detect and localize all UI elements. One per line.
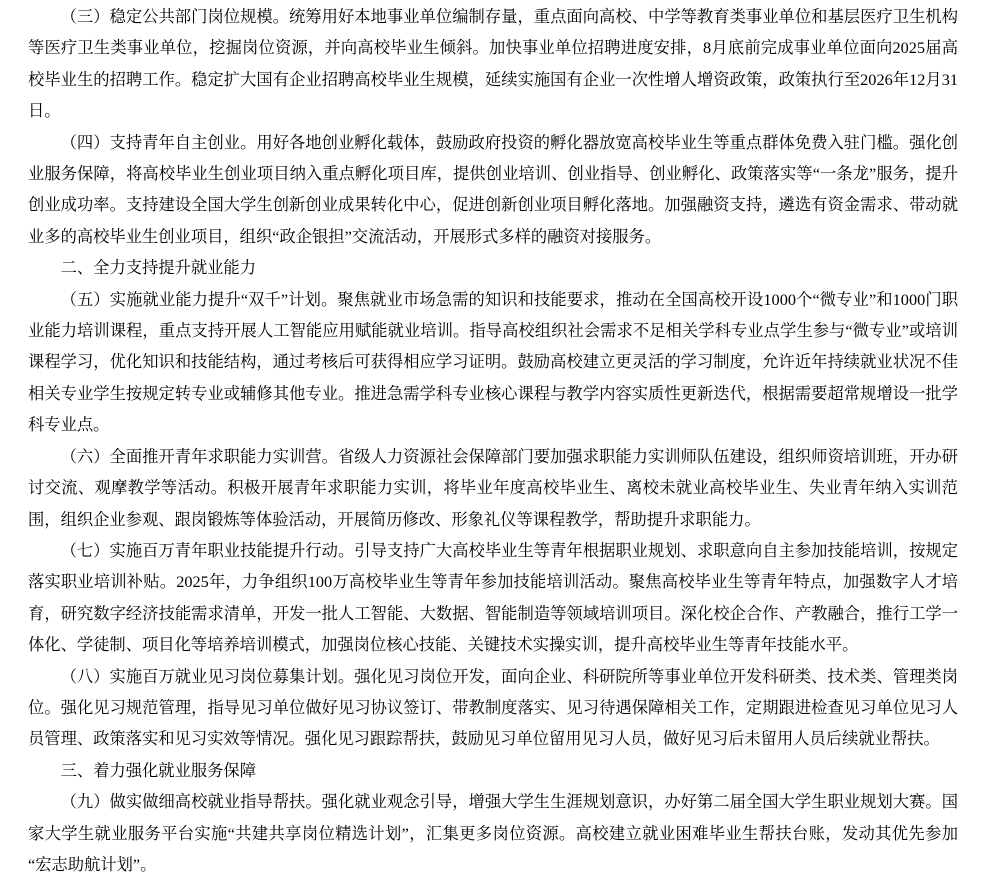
paragraph-item-6: （六）全面推开青年求职能力实训营。省级人力资源社会保障部门要加强求职能力实训师队… bbox=[28, 441, 958, 535]
paragraph-item-3: （三）稳定公共部门岗位规模。统筹用好本地事业单位编制存量，重点面向高校、中学等教… bbox=[28, 1, 958, 127]
paragraph-item-5: （五）实施就业能力提升“双千”计划。聚焦就业市场急需的知识和技能要求，推动在全国… bbox=[28, 284, 958, 441]
paragraph-item-9: （九）做实做细高校就业指导帮扶。强化就业观念引导，增强大学生生涯规划意识，办好第… bbox=[28, 786, 958, 880]
paragraph-item-4: （四）支持青年自主创业。用好各地创业孵化载体，鼓励政府投资的孵化器放宽高校毕业生… bbox=[28, 127, 958, 253]
document-body: （三）稳定公共部门岗位规模。统筹用好本地事业单位编制存量，重点面向高校、中学等教… bbox=[28, 1, 958, 880]
paragraph-item-7: （七）实施百万青年职业技能提升行动。引导支持广大高校毕业生等青年根据职业规划、求… bbox=[28, 535, 958, 661]
paragraph-item-8: （八）实施百万就业见习岗位募集计划。强化见习岗位开发，面向企业、科研院所等事业单… bbox=[28, 661, 958, 755]
document-page: （三）稳定公共部门岗位规模。统筹用好本地事业单位编制存量，重点面向高校、中学等教… bbox=[0, 0, 1000, 883]
section-heading-3: 三、着力强化就业服务保障 bbox=[28, 755, 958, 786]
section-heading-2: 二、全力支持提升就业能力 bbox=[28, 252, 958, 283]
